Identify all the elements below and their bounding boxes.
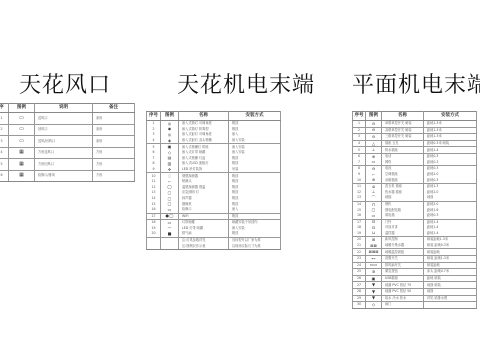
legend-symbol-icon: ▭ bbox=[9, 124, 35, 136]
row-name: USB插座 bbox=[382, 275, 424, 282]
row-note: 条形 bbox=[93, 136, 135, 148]
row-note: 条形 bbox=[93, 113, 135, 125]
row-mount-method: 距地 暗装 bbox=[424, 275, 477, 282]
row-description: 回风口 bbox=[35, 124, 93, 136]
legend-symbol-icon: ▦ bbox=[9, 170, 35, 182]
col-header-symbol: 图例 bbox=[161, 112, 179, 121]
table-row: 28▼地漏 PVC 管径 50地面 bbox=[353, 289, 477, 296]
row-number: 1 bbox=[353, 121, 366, 128]
row-name: 紧急按钮 bbox=[382, 269, 424, 276]
row-note: 方形 bbox=[93, 170, 135, 182]
legend-symbol-icon: ⊠⊠⊠ bbox=[366, 249, 382, 256]
title-ceiling-terminals: 天花机电末端 bbox=[177, 68, 315, 99]
row-name: 地暖温控面板 bbox=[382, 249, 424, 256]
legend-symbol-icon: ▼ bbox=[366, 295, 382, 302]
row-mount-method: 地面 暗装 bbox=[424, 282, 477, 289]
table-row: 17●◯WiFi吸顶 bbox=[147, 213, 281, 220]
ceiling-vents-legend-table: 序 图例 说明 备注 1▭送风口条形2▭回风口条形3▭送风/回风口条形4▦方形送… bbox=[0, 103, 135, 182]
row-number: 4 bbox=[353, 140, 366, 147]
row-mount-method: 以现场实际尺寸为准 bbox=[229, 243, 281, 249]
row-mount-method: 床头 距地0.7米 bbox=[424, 269, 477, 276]
table-row: 5▦方形回风口方形 bbox=[0, 159, 135, 171]
row-mount-method: 地面 bbox=[424, 289, 477, 296]
row-number: 27 bbox=[353, 282, 366, 289]
row-mount-method: 距地1.3米 bbox=[424, 134, 477, 141]
table-row: 6▦检修口/排风方形 bbox=[0, 170, 135, 182]
floor-terminals-legend-table: 序号 图例 名称 安装方式 1⊖单联单控开关 暗装距地1.3米2⊖双联单控开关 … bbox=[352, 111, 477, 309]
row-number: 24 bbox=[353, 262, 366, 269]
row-name: 单联单控开关 暗装 bbox=[382, 121, 424, 128]
legend-symbol-icon bbox=[161, 243, 179, 249]
row-number: 22 bbox=[353, 249, 366, 256]
row-name: 浴霸开关 bbox=[382, 256, 424, 263]
legend-symbol-icon: ▦ bbox=[9, 147, 35, 159]
table-header-row: 序 图例 说明 备注 bbox=[0, 104, 135, 113]
row-name: WiFi bbox=[179, 213, 229, 220]
col-header-mount: 安装方式 bbox=[229, 112, 281, 121]
row-description: 送风/回风口 bbox=[35, 136, 93, 148]
row-mount-method: 暗装距地 bbox=[424, 249, 477, 256]
col-header-num: 序号 bbox=[147, 112, 161, 121]
row-description: 检修口/排风 bbox=[35, 170, 93, 182]
row-description: 方形送风口 bbox=[35, 147, 93, 159]
col-header-num: 序 bbox=[0, 104, 9, 113]
legend-symbol-icon: ▭ bbox=[9, 136, 35, 148]
row-number: 29 bbox=[353, 295, 366, 302]
row-name: 双联单控开关 暗装 bbox=[382, 127, 424, 134]
legend-symbol-icon: ▼ bbox=[366, 282, 382, 289]
col-header-description: 说明 bbox=[35, 104, 93, 113]
legend-symbol-icon: △ bbox=[366, 140, 382, 147]
col-header-symbol: 图例 bbox=[9, 104, 35, 113]
row-mount-method: 距地1.3米 bbox=[424, 121, 477, 128]
row-number: 25 bbox=[353, 269, 366, 276]
row-number: 2 bbox=[353, 127, 366, 134]
row-number: 5 bbox=[353, 147, 366, 154]
table-row: 25⊚紧急按钮床头 距地0.7米 bbox=[353, 269, 477, 276]
legend-symbol-icon: ⊚ bbox=[366, 269, 382, 276]
legend-symbol-icon: ⊖ bbox=[366, 121, 382, 128]
title-floor-terminals: 平面机电末端 bbox=[352, 68, 480, 99]
row-number: 30 bbox=[353, 302, 366, 309]
table-row: 23⊷浴霸开关暗装 距地1.3米 bbox=[353, 256, 477, 263]
row-name: 插座 五孔 bbox=[382, 140, 424, 147]
row-number bbox=[147, 243, 161, 249]
row-name: 阀门 bbox=[382, 302, 424, 309]
legend-symbol-icon: ●◯ bbox=[161, 213, 179, 220]
col-header-num: 序号 bbox=[353, 112, 366, 121]
table-row: 1⊖单联单控开关 暗装距地1.3米 bbox=[353, 121, 477, 128]
col-header-name: 名称 bbox=[179, 112, 229, 121]
table-row: 27▼地漏 PVC 管径 75地面 暗装 bbox=[353, 282, 477, 289]
row-name: 地漏 PVC 管径 50 bbox=[382, 289, 424, 296]
table-row: 22⊠⊠⊠地暖温控面板暗装距地 bbox=[353, 249, 477, 256]
row-number: 4 bbox=[0, 147, 9, 159]
legend-symbol-icon: ▭▭ bbox=[366, 262, 382, 269]
row-note: 方形 bbox=[93, 147, 135, 159]
legend-symbol-icon: ▣ bbox=[366, 275, 382, 282]
legend-symbol-icon: ▦ bbox=[9, 159, 35, 171]
row-number: 1 bbox=[0, 113, 9, 125]
row-name: 三联单控开关 暗装 bbox=[382, 134, 424, 141]
row-mount-method: 详见 给排水图 bbox=[424, 295, 477, 302]
row-note: 方形 bbox=[93, 159, 135, 171]
row-number: 17 bbox=[147, 213, 161, 220]
row-mount-method: 距地1.3米 bbox=[424, 127, 477, 134]
table-header-row: 序号 图例 名称 安装方式 bbox=[147, 112, 281, 121]
table-row: 注:图例仅作示意以现场实际尺寸为准 bbox=[147, 243, 281, 249]
row-description: 送风口 bbox=[35, 113, 93, 125]
row-name: 给水 冷水 热水 bbox=[382, 295, 424, 302]
col-header-name: 名称 bbox=[382, 112, 424, 121]
row-mount-method: 暗装距地 bbox=[424, 262, 477, 269]
table-row: 2⊖双联单控开关 暗装距地1.3米 bbox=[353, 127, 477, 134]
row-number: 6 bbox=[0, 170, 9, 182]
row-number: 23 bbox=[353, 256, 366, 263]
legend-symbol-icon: ⊖ bbox=[366, 134, 382, 141]
ceiling-terminals-legend-table: 序号 图例 名称 安装方式 1◎嵌入式筒灯 可调角度吸顶2◉嵌入式筒灯 防雾型吸… bbox=[146, 111, 281, 250]
row-number: 3 bbox=[0, 136, 9, 148]
row-name: 排风扇开关 bbox=[382, 262, 424, 269]
legend-symbol-icon: ⊷ bbox=[366, 256, 382, 263]
col-header-symbol: 图例 bbox=[366, 112, 382, 121]
row-description: 方形回风口 bbox=[35, 159, 93, 171]
legend-symbol-icon: ◇ bbox=[366, 302, 382, 309]
row-number: 3 bbox=[353, 134, 366, 141]
row-name: 地漏 PVC 管径 75 bbox=[382, 282, 424, 289]
table-row: 30◇阀门 bbox=[353, 302, 477, 309]
legend-symbol-icon: ⊥ bbox=[366, 147, 382, 154]
row-mount-method: 吸顶 bbox=[229, 213, 281, 220]
row-mount-method bbox=[424, 302, 477, 309]
table-row: 1▭送风口条形 bbox=[0, 113, 135, 125]
table-row: 29▼给水 冷水 热水详见 给排水图 bbox=[353, 295, 477, 302]
legend-symbol-icon: ▭ bbox=[9, 113, 35, 125]
legend-symbol-icon: ⊖ bbox=[366, 127, 382, 134]
title-ceiling-vents: 天花风口 bbox=[19, 68, 111, 99]
row-name: 注:图例仅作示意 bbox=[179, 243, 229, 249]
row-mount-method: 距地1.4 bbox=[424, 147, 477, 154]
table-row: 3⊖三联单控开关 暗装距地1.3米 bbox=[353, 134, 477, 141]
table-row: 4△插座 五孔距地0.3米 暗装 bbox=[353, 140, 477, 147]
col-header-mount: 安装方式 bbox=[424, 112, 477, 121]
legend-symbol-icon: ▼ bbox=[366, 289, 382, 296]
row-number: 28 bbox=[353, 289, 366, 296]
table-row: 3▭送风/回风口条形 bbox=[0, 136, 135, 148]
table-row: 4▦方形送风口方形 bbox=[0, 147, 135, 159]
row-name: 防水插座 bbox=[382, 147, 424, 154]
row-note: 条形 bbox=[93, 124, 135, 136]
row-number: 26 bbox=[353, 275, 366, 282]
table-row: 24▭▭排风扇开关暗装距地 bbox=[353, 262, 477, 269]
row-mount-method: 距地0.3米 暗装 bbox=[424, 140, 477, 147]
row-number: 5 bbox=[0, 159, 9, 171]
row-mount-method: 暗装 距地1.3米 bbox=[424, 256, 477, 263]
row-number: 2 bbox=[0, 124, 9, 136]
table-row: 5⊥防水插座距地1.4 bbox=[353, 147, 477, 154]
col-header-note: 备注 bbox=[93, 104, 135, 113]
table-header-row: 序号 图例 名称 安装方式 bbox=[353, 112, 477, 121]
table-row: 2▭回风口条形 bbox=[0, 124, 135, 136]
table-row: 26▣USB插座距地 暗装 bbox=[353, 275, 477, 282]
